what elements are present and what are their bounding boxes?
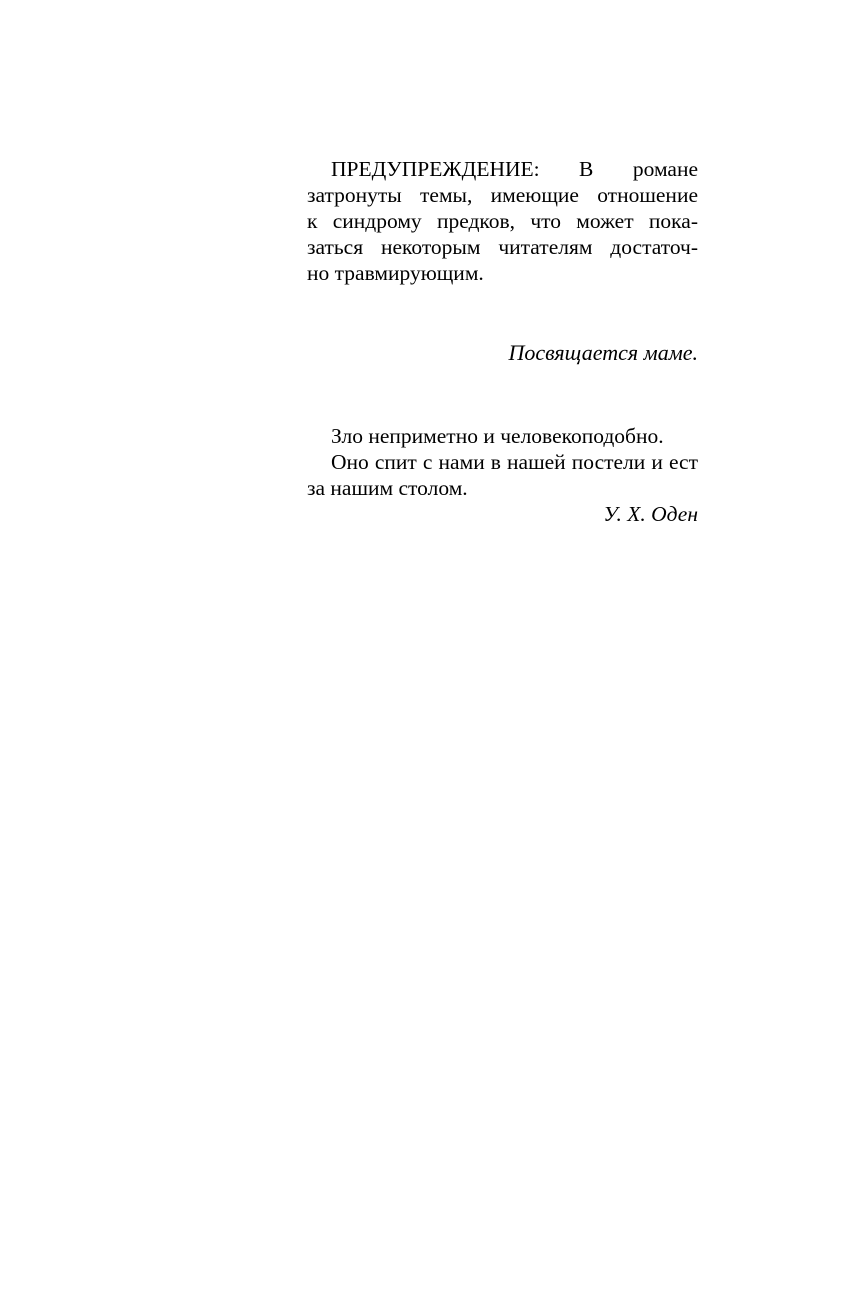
epigraph-line: Зло неприметно и человекоподобно. xyxy=(307,423,698,449)
epigraph: Зло неприметно и человекоподобно. Оно сп… xyxy=(307,423,698,527)
warning-line: к синдрому предков, что может пока- xyxy=(307,208,698,234)
warning-line: заться некоторым читателям достаточ- xyxy=(307,234,698,260)
epigraph-line: Оно спит с нами в нашей постели и ест xyxy=(307,449,698,475)
dedication: Посвящается маме. xyxy=(307,340,698,366)
warning-line: затронуты темы, имеющие отношение xyxy=(307,182,698,208)
epigraph-author: У. Х. Оден xyxy=(307,501,698,527)
content-warning: ПРЕДУПРЕЖДЕНИЕ: В романе затронуты темы,… xyxy=(307,156,698,286)
book-page: ПРЕДУПРЕЖДЕНИЕ: В романе затронуты темы,… xyxy=(0,0,844,1311)
warning-line: ПРЕДУПРЕЖДЕНИЕ: В романе xyxy=(307,156,698,182)
epigraph-line: за нашим столом. xyxy=(307,475,698,501)
warning-line: но травмирующим. xyxy=(307,260,698,286)
